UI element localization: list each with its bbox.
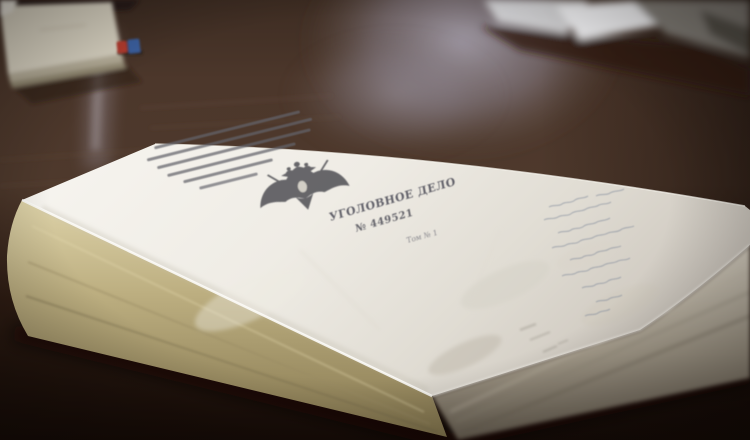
case-file-photo: УГОЛОВНОЕ ДЕЛО № 449521 Том № 1	[0, 0, 750, 440]
photo-scene: УГОЛОВНОЕ ДЕЛО № 449521 Том № 1	[0, 0, 750, 440]
vignette-overlay	[0, 0, 750, 440]
